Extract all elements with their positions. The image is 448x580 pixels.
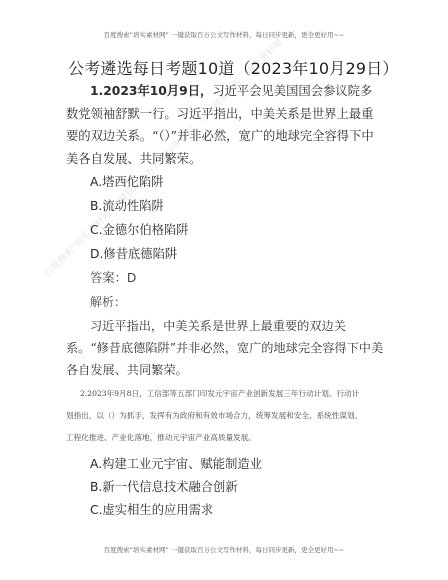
option-letter: B. [90,480,102,494]
question-2-text: 2.2023年9月8日，工信部等五部门印发元宇宙产业创新发展三年行动计划。行动计… [66,383,384,449]
option-text: 虚实相生的应用需求 [103,503,214,517]
option-text: 新一代信息技术融合创新 [102,480,237,494]
question-1-text: 1.2023年10月9日，习近平会见美国国会参议院多数党领袖舒默一行。习近平指出… [66,80,384,170]
question-2-option-a: A.构建工业元宇宙、赋能制造业 [90,454,262,472]
question-2-line: 工程化推进、产业化落地，推动元宇宙产业高质量发展。 [66,427,384,449]
footer-note: 百度搜索“培实素材网” 一键获取百万公文写作材料，每日同步更新，更全更好用~~ [0,545,448,554]
option-text: 修昔底德陷阱 [103,247,177,261]
option-text: 构建工业元宇宙、赋能制造业 [102,457,262,471]
question-1-option-d: D.修昔底德陷阱 [90,244,177,262]
answer-value: D [127,271,136,285]
option-text: 塔西佗陷阱 [102,175,164,189]
question-1-answer: 答案：D [90,268,136,286]
option-text: 金德尔伯格陷阱 [103,223,189,237]
question-1-option-c: C.金德尔伯格陷阱 [90,220,189,238]
option-letter: C. [90,503,103,517]
page-title: 公考遴选每日考题10道（2023年10月29日） [68,56,399,79]
question-1-option-b: B.流动性陷阱 [90,196,164,214]
option-text: 流动性陷阱 [102,199,164,213]
question-1-lead: 1.2023年10月9日， [90,84,212,98]
option-letter: D. [90,247,103,261]
question-2-line: 2.2023年9月8日，工信部等五部门印发元宇宙产业创新发展三年行动计划。行动计 [66,383,384,405]
question-1-option-a: A.塔西佗陷阱 [90,172,164,190]
option-letter: A. [90,175,102,189]
answer-label: 答案： [90,271,127,285]
header-note: 百度搜索“培实素材网” 一键获取百万公文写作材料，每日同步更新，更全更好用~~ [0,30,448,39]
option-letter: A. [90,457,102,471]
option-letter: C. [90,223,103,237]
option-letter: B. [90,199,102,213]
question-2-line: 划指出，以（）为抓手，发挥有为政府和有效市场合力，统筹发展和安全，系统性谋划、 [66,405,384,427]
analysis-label: 解析： [90,293,126,310]
question-2-option-c: C.虚实相生的应用需求 [90,500,213,518]
question-2-option-b: B.新一代信息技术融合创新 [90,477,238,495]
question-1-analysis: 习近平指出，中美关系是世界上最重要的双边关系。“修昔底德陷阱”并非必然，宽广的地… [66,315,384,381]
